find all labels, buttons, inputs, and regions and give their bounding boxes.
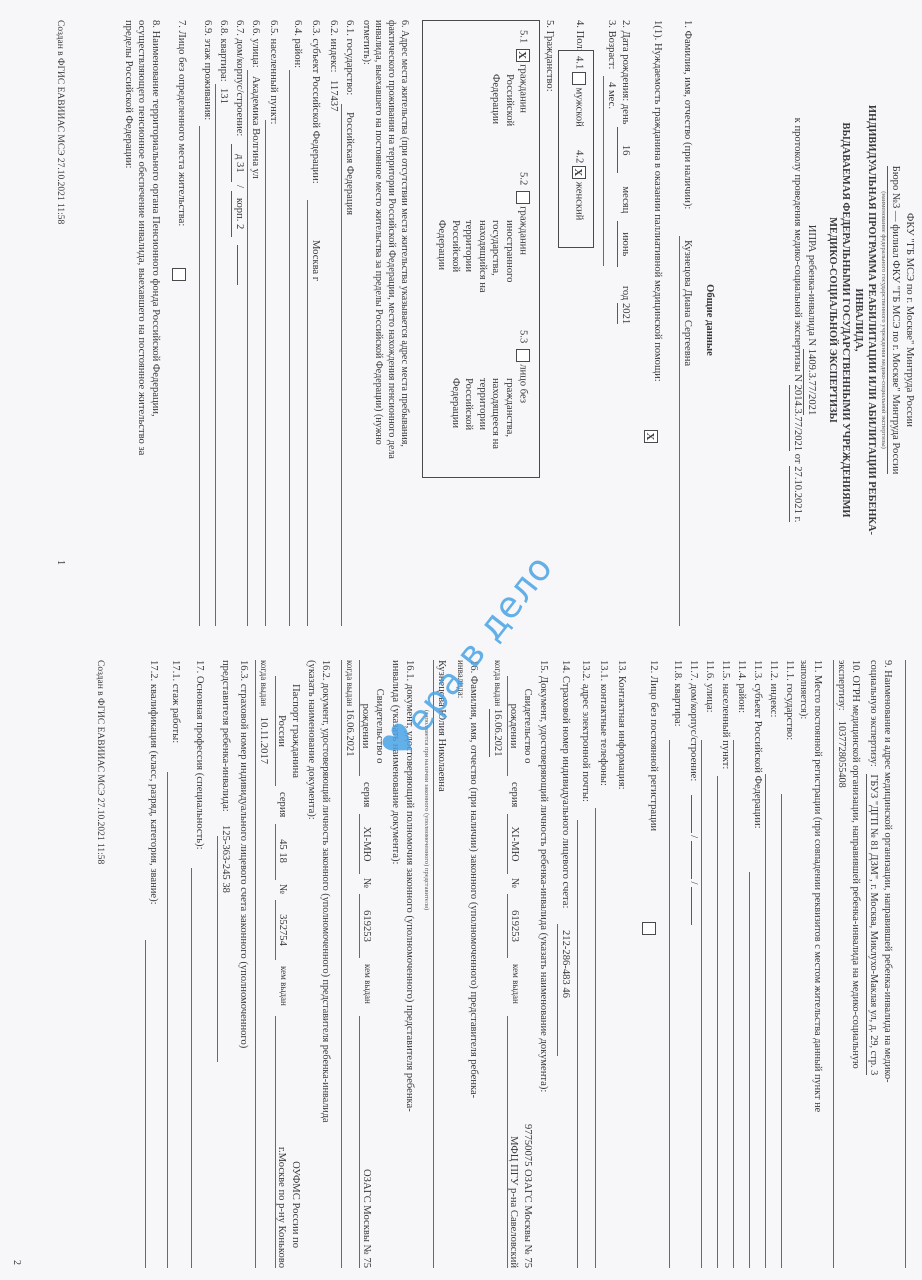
- citizenship-option-foreign[interactable]: 5.2 гражданин иностранного государства, …: [435, 172, 530, 293]
- birth-year: 2021: [617, 303, 632, 324]
- reg-house-label: 11.7. дом/корпус/строение: / /: [686, 660, 700, 925]
- age-value: 4 мес.: [604, 82, 618, 109]
- reg-state-label: 11.1. государство:: [782, 660, 796, 740]
- citizenship-option-rf[interactable]: 5.1 X гражданин Российской Федерации: [489, 30, 530, 126]
- sex-label: 4. Пол:: [572, 20, 586, 52]
- reg-district-label: 11.4. район:: [734, 660, 748, 713]
- address-locality-label: 6.5. населенный пункт:: [266, 20, 280, 124]
- representative-label: 16. Фамилия, имя, отчество (при наличии)…: [466, 660, 480, 1098]
- address-floor-label: 6.9. этаж проживания:: [200, 20, 214, 120]
- page-footer: Создан в ФГИС ЕАВИИАС МСЭ 27.10.2021 11:…: [94, 660, 106, 864]
- org-caption: (наименование федерального государственн…: [879, 0, 887, 640]
- child-doc-issued-by: 97750075 ОЗАГС Москвы № 75 МФЦ ПГУ р-на …: [507, 1020, 534, 1268]
- section-title: Общие данные: [702, 0, 716, 640]
- page-number: 2: [9, 1260, 22, 1265]
- address-house-label: 6.7. дом/корпус/строение: д 31 / корп. 2: [231, 20, 246, 285]
- birth-day: 16: [617, 127, 632, 173]
- address-building-value: [237, 245, 238, 285]
- rep-id-doc-name: Паспорт гражданина России: [275, 676, 302, 786]
- snils-label: 14. Страховой номер индивидуального лице…: [558, 660, 572, 908]
- child-doc-series: XI-МЮ: [507, 816, 521, 872]
- rep-passport-number: 352754: [275, 902, 289, 958]
- profession-label: 17. Основная профессия (специальность):: [192, 660, 206, 850]
- pension-fund-label: 8. Наименование территориального органа …: [121, 20, 162, 630]
- org-branch: Бюро №3 — филиал ФКУ "ГБ МСЭ по г. Москв…: [887, 0, 902, 640]
- address-subject-value: Москва г: [308, 240, 322, 281]
- address-state-value: Российская Федерация: [342, 112, 356, 215]
- ogrn-value: 1037728055408: [836, 721, 847, 788]
- child-id-doc-name: Свидетельство о рождении: [507, 676, 534, 776]
- no-registration-label: 12. Лицо без постоянной регистрации: [646, 660, 660, 831]
- med-org-label: 9. Наименование и адрес медицинской орга…: [881, 660, 894, 1083]
- reg-index-label: 11.2. индекс:: [766, 660, 780, 717]
- citizenship-label: 5. Гражданство:: [542, 20, 556, 92]
- doc-title-line1: ИНДИВИДУАЛЬНАЯ ПРОГРАММА РЕАБИЛИТАЦИИ ИЛ…: [865, 0, 878, 640]
- sex-female-checkbox[interactable]: X: [572, 166, 586, 179]
- phones-label: 13.1. контактные телефоны:: [596, 660, 610, 786]
- rep-snils-value: 125-363-245 38: [220, 825, 231, 893]
- doc-title-line3: ВЫДАВАЕМАЯ ФЕДЕРАЛЬНЫМИ ГОСУДАРСТВЕННЫМИ…: [839, 0, 852, 640]
- address-subject-label: 6.3. субъект Российской Федерации:: [308, 20, 322, 184]
- child-doc-number: 619253: [507, 896, 521, 956]
- reg-flat-label: 11.8. квартира:: [670, 660, 684, 727]
- address-district-label: 6.4. район:: [290, 20, 304, 68]
- address-index-label: 6.2. индекс:: [326, 20, 340, 73]
- rep-snils-label: 16.3. страховой номер индивидуального ли…: [236, 660, 250, 1048]
- birthdate-label: 2. Дата рождения: день 16 месяц июнь год…: [617, 20, 632, 324]
- address-street-label: 6.6. улица:: [248, 20, 262, 68]
- birth-month: июнь: [617, 221, 632, 267]
- address-korp-value: корп. 2: [231, 191, 246, 237]
- qualification-label: 17.2. квалификация (класс, разряд, катег…: [146, 660, 160, 905]
- rep-id-doc-label: 16.2. документ, удостоверяющий личность …: [319, 660, 332, 1123]
- child-id-doc-label: 15. Документ, удостоверяющий личность ре…: [536, 660, 550, 1092]
- registration-label: 11. Место постоянной регистрации (при со…: [811, 660, 824, 1112]
- med-org-line2: социальную экспертизу: ГБУЗ "ДГП № 81 ДЗ…: [866, 660, 880, 1075]
- page-footer: Создан в ФГИС ЕАВИИАС МСЭ 27.10.2021 11:…: [54, 20, 66, 224]
- citizenship-stateless-checkbox[interactable]: [516, 349, 530, 362]
- ipra-number: ИПРА ребенка-инвалида N 1409.3.77/2021: [803, 0, 818, 640]
- email-label: 13.2. адрес электронной почты:: [578, 660, 592, 802]
- address-street-value: Академика Волгина ул: [248, 76, 262, 179]
- citizenship-rf-checkbox[interactable]: X: [516, 49, 530, 62]
- age-label: 3. Возраст:: [604, 20, 618, 69]
- palliative-checkbox[interactable]: X: [644, 430, 658, 443]
- sex-option-male[interactable]: 4.1 мужской: [572, 56, 586, 127]
- experience-label: 17.1. стаж работы:: [168, 660, 182, 743]
- citizenship-option-stateless[interactable]: 5.3 лицо без гражданства, находящееся на…: [448, 330, 530, 449]
- palliative-label: 1(1). Нуждаемость гражданина в оказании …: [650, 20, 664, 382]
- address-flat-label: 6.8. квартира:: [216, 20, 230, 82]
- rep-passport-issued-by: ОУФМС России по г.Москве по р-ну Коньков…: [275, 1020, 302, 1268]
- rep-passport-series: 45 18: [275, 826, 289, 876]
- doc-title-line2: ИНВАЛИДА,: [852, 0, 865, 640]
- address-flat-value: 131: [216, 88, 230, 104]
- reg-subject-label: 11.3. субъект Российской Федерации:: [750, 660, 764, 829]
- address-index-value: 117437: [326, 80, 340, 111]
- org-name: ФКУ "ГБ МСЭ по г. Москве" Минтруда Росси…: [902, 0, 916, 640]
- citizenship-foreign-checkbox[interactable]: [516, 191, 530, 204]
- contact-info-label: 13. Контактная информация:: [614, 660, 628, 790]
- reg-locality-label: 11.5. населенный пункт:: [718, 660, 732, 769]
- reg-street-label: 11.6. улица:: [702, 660, 716, 713]
- address-house-value: д 31: [231, 144, 246, 182]
- doc-title-line4: МЕДИКО-СОЦИАЛЬНОЙ ЭКСПЕРТИЗЫ: [826, 0, 839, 640]
- sex-option-female[interactable]: 4.2 X женский: [572, 150, 586, 220]
- fio-label: 1. Фамилия, имя, отчество (при наличии):: [680, 20, 694, 209]
- rep-authority-doc-name: Свидетельство о рождении: [359, 676, 386, 776]
- document-page-2: 9. Наименование и адрес медицинской орга…: [0, 640, 922, 1280]
- ogrn-line2: экспертизу: 1037728055408: [835, 660, 848, 788]
- page-number: 1: [53, 560, 66, 565]
- homeless-checkbox[interactable]: [172, 268, 186, 281]
- snils-value: 212-286-483 46: [558, 930, 572, 998]
- child-doc-issued-date: когда выдан 16.06.2021: [489, 660, 504, 757]
- homeless-label: 7. Лицо без определенного места жительст…: [174, 20, 188, 226]
- sex-male-checkbox[interactable]: [572, 72, 586, 85]
- fio-value: Кузнецова Диана Сергеевна: [680, 240, 694, 366]
- med-org-value: ГБУЗ "ДГП № 81 ДЗМ", г. Москва, Миклухо-…: [866, 774, 880, 1075]
- address-state-label: 6.1. государство:: [342, 20, 356, 95]
- ogrn-label: 10. ОГРН медицинской организации, направ…: [849, 660, 862, 1069]
- protocol-number: к протоколу проведения медико-социальной…: [789, 0, 804, 640]
- document-page-1: ФКУ "ГБ МСЭ по г. Москве" Минтруда Росси…: [0, 0, 922, 640]
- address-section-label: 6. Адрес места жительства (при отсутстви…: [359, 20, 410, 630]
- no-registration-checkbox[interactable]: [642, 922, 656, 935]
